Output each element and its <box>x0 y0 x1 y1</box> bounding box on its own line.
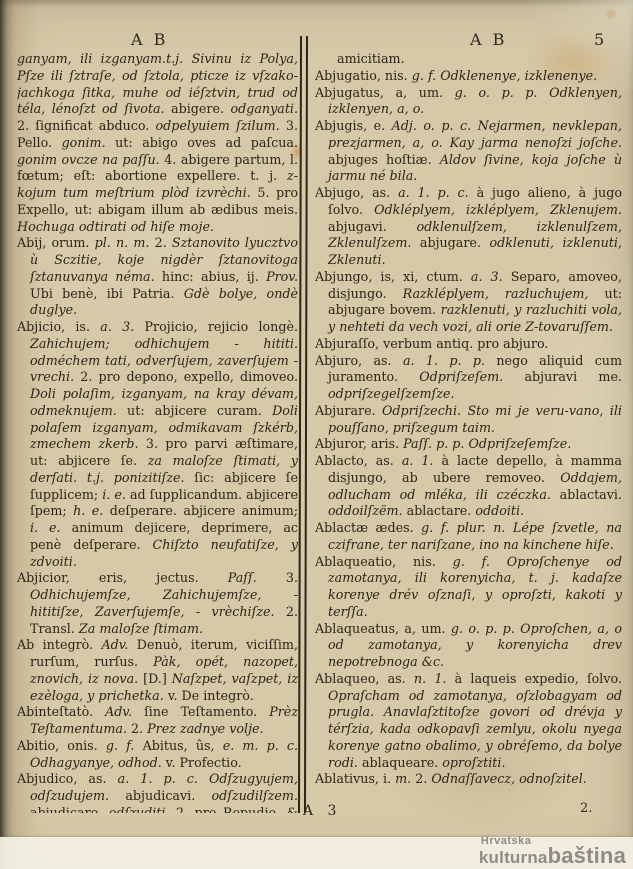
running-head-right: A B <box>470 30 507 49</box>
entry-text-roman: Abjicio, is. <box>17 319 100 334</box>
entry-text-italic: i. e. <box>30 520 72 535</box>
entry-text-italic: a. 1. p. c. <box>398 185 477 200</box>
text-column-right: amicitiam.Abjugatio, nis. g. f. Odklenen… <box>315 51 622 813</box>
dictionary-entry: Ab integrò. Adv. Denuò, iterum, viciſſim… <box>17 637 298 704</box>
entry-text-italic: Odpriſzeſem. <box>419 369 524 384</box>
watermark-text-large: kulturnabaština <box>479 845 626 867</box>
entry-text-italic: gonim ovcze na paſſu. <box>17 152 164 167</box>
watermark-text-bastina: baština <box>548 843 626 868</box>
entry-text-italic: Adv. <box>105 704 144 719</box>
entry-text-roman: abjudicavi. <box>125 788 211 803</box>
dictionary-entry: Abjungo, is, xi, ctum. a. 3. Separo, amo… <box>315 269 622 336</box>
entry-text-roman: Abjuro, as. <box>315 353 403 368</box>
entry-text-italic: Paſſ. p. p. Odpriſzeſemſze. <box>403 436 571 451</box>
watermark-text-kulturna: kulturna <box>479 848 548 867</box>
dictionary-entry: Abjudico, as. a. 1. p. c. Odſzugyujem, o… <box>17 771 298 813</box>
entry-text-roman: ut: abigo oves ad paſcua. <box>115 135 298 150</box>
entry-text-roman: 2. <box>415 771 431 786</box>
entry-text-italic: oddoiti. <box>475 503 524 518</box>
dictionary-entry: Abij, orum. pl. n. m. 2. Sztanovito lyuc… <box>17 235 298 319</box>
entry-text-italic: Odnaſſavecz, odnoſzitel. <box>431 771 586 786</box>
entry-text-italic: a. 1. p. p. <box>403 353 496 368</box>
entry-text-roman: Abjurare. <box>315 403 382 418</box>
entry-text-roman: Abjugatio, nis. <box>315 68 412 83</box>
watermark-logo: Hrvatska kulturnabaština <box>479 836 626 867</box>
entry-text-roman: v. Profectio. <box>166 755 242 770</box>
entry-text-roman: amicitiam. <box>337 51 405 66</box>
entry-text-italic: Razkléplyem, razluchujem, <box>403 286 605 301</box>
entry-text-roman: Abjicior, eris, jectus. <box>17 570 228 585</box>
entry-text-italic: a. 3. <box>471 269 511 284</box>
gutter-shadow <box>0 0 14 869</box>
entry-text-italic: oddoilſzëm. <box>328 503 407 518</box>
entry-text-italic: g. f. Odklenenye, izklenenye. <box>412 68 597 83</box>
dictionary-entry: ganyam, ili izganyam.t.j. Sivinu iz Poly… <box>17 51 298 235</box>
entry-text-italic: Hochuga odtirati od hiſe moje. <box>17 219 214 234</box>
dictionary-entry: Abjuro, as. a. 1. p. p. nego aliquid cum… <box>315 353 622 403</box>
entry-text-italic: m. <box>395 771 415 786</box>
entry-text-roman: abjugavi. <box>328 219 417 234</box>
entry-text-roman: Ablaqueo, as. <box>315 671 414 686</box>
dictionary-entry: Ablacto, as. a. 1. à lacte depello, à ma… <box>315 453 622 520</box>
entry-text-roman: 2. <box>155 235 172 250</box>
dictionary-entry: Ablaqueatus, a, um. g. o. p. p. Oproſche… <box>315 621 622 671</box>
entry-text-italic: g. f. <box>106 738 143 753</box>
entry-text-roman: 2. pro depono, expello, dimoveo. <box>80 369 298 384</box>
dictionary-entry: Ablactæ ædes. g. f. plur. n. Lépe ſzvetl… <box>315 520 622 554</box>
entry-text-roman: ablactare. <box>407 503 476 518</box>
column-divider-rule <box>298 36 308 813</box>
entry-text-italic: Adv. <box>101 637 136 652</box>
entry-text-roman: Abjugatus, a, um. <box>315 85 455 100</box>
entry-text-italic: h. e. <box>73 503 110 518</box>
entry-text-italic: gonim. <box>62 135 116 150</box>
entry-text-roman: abigere. <box>171 101 230 116</box>
book-page: A B A B 5 ganyam, ili izganyam.t.j. Sivi… <box>0 0 633 869</box>
entry-text-roman: Projicio, rejicio longè. <box>145 319 299 334</box>
entry-text-roman: Ab integrò. <box>17 637 101 652</box>
entry-text-roman: Abij, orum. <box>17 235 95 250</box>
page-number: 5 <box>594 30 604 49</box>
signature-mark: A 3 <box>303 803 341 819</box>
entry-text-italic: odſzudilſzem. <box>211 788 298 803</box>
entry-text-italic: odſzuditi. <box>109 805 176 813</box>
dictionary-entry: Ablativus, i. m. 2. Odnaſſavecz, odnoſzi… <box>315 771 622 788</box>
entry-text-roman: 2. ſignificat abduco. <box>17 118 155 133</box>
entry-text-italic: odpelyuiem ſzilum. <box>155 118 285 133</box>
entry-text-italic: a. 1. <box>402 453 442 468</box>
entry-text-italic: n. 1. <box>414 671 455 686</box>
dictionary-entry: Abjugatus, a, um. g. o. p. p. Odklenyen,… <box>315 85 622 119</box>
entry-text-roman: Abjungo, is, xi, ctum. <box>315 269 471 284</box>
entry-text-roman: Ablaqueatio, nis. <box>315 554 453 569</box>
dictionary-entry: Ablaqueatio, nis. g. f. Oproſchenye od z… <box>315 554 622 621</box>
dictionary-entry: amicitiam. <box>315 51 622 68</box>
sheet-number: 2. <box>580 801 592 816</box>
entry-text-italic: odpriſzegelſzemſze. <box>328 386 454 401</box>
entry-text-roman: ablaqueare. <box>362 755 442 770</box>
dictionary-entry: Abjuror, aris. Paſſ. p. p. Odpriſzeſemſz… <box>315 436 622 453</box>
watermark-band: Hrvatska kulturnabaština <box>0 837 633 869</box>
entry-text-roman: abjudicare. <box>30 805 109 813</box>
entry-text-italic: i. e. <box>102 487 130 502</box>
entry-text-roman: à laqueis expedio, ſolvo. <box>455 671 622 686</box>
entry-text-roman: 2. <box>131 721 147 736</box>
dictionary-entry: Abjugo, as. a. 1. p. c. à jugo alieno, à… <box>315 185 622 269</box>
entry-text-roman: Abjugo, as. <box>315 185 398 200</box>
entry-text-roman: abjuges hoſtiæ. <box>328 152 440 167</box>
entry-text-roman: Abjudico, as. <box>17 771 118 786</box>
running-head-left: A B <box>131 30 168 49</box>
entry-text-roman: ut: abjicere curam. <box>127 403 272 418</box>
entry-text-roman: deſperare. abjicere animum; <box>110 503 298 518</box>
entry-text-roman: Ablactæ ædes. <box>315 520 421 535</box>
entry-text-italic: a. 3. <box>100 319 144 334</box>
dictionary-entry: Abitio, onis. g. f. Abitus, ûs, e. m. p.… <box>17 738 298 772</box>
entry-text-italic: Prez zadnye volje. <box>147 721 263 736</box>
entry-text-roman: Abinteſtatò. <box>17 704 105 719</box>
dictionary-entry: Abjuraſſo, verbum antiq. pro abjuro. <box>315 336 622 353</box>
dictionary-entry: Abinteſtatò. Adv. ſine Teſtamento. Prèz … <box>17 704 298 738</box>
entry-text-italic: Prov. <box>266 269 298 284</box>
entry-text-roman: Abjugis, e. <box>315 118 392 133</box>
entry-text-roman: abjugare. <box>420 235 490 250</box>
dictionary-entry: Abjicio, is. a. 3. Projicio, rejicio lon… <box>17 319 298 570</box>
entry-text-roman: 3. <box>286 570 298 585</box>
entry-text-roman: ſine Teſtamento. <box>144 704 269 719</box>
entry-text-roman: Abitio, onis. <box>17 738 106 753</box>
entry-text-roman: Abjuraſſo, verbum antiq. pro abjuro. <box>315 336 548 351</box>
entry-text-roman: Abjuror, aris. <box>315 436 403 451</box>
dictionary-entry: Abjicior, eris, jectus. Paſſ. 3. Odhichu… <box>17 570 298 637</box>
text-column-left: ganyam, ili izganyam.t.j. Sivinu iz Poly… <box>17 51 298 813</box>
entry-text-italic: oproſztiti. <box>442 755 505 770</box>
entry-text-italic: odganyati. <box>230 101 298 116</box>
entry-text-roman: ablactavi. <box>560 487 622 502</box>
entry-text-roman: Ubi benè, ibi Patria. <box>30 286 184 301</box>
entry-text-italic: Za maloſze ſtimam. <box>79 621 203 636</box>
entry-text-roman: Abitus, ûs, <box>143 738 223 753</box>
entry-text-roman: v. De integrò. <box>168 688 254 703</box>
entry-text-roman: hinc: abius, ij. <box>162 269 266 284</box>
entry-text-roman: abjuravi me. <box>524 369 622 384</box>
entry-text-roman: Ablacto, as. <box>315 453 402 468</box>
dictionary-entry: Ablaqueo, as. n. 1. à laqueis expedio, ſ… <box>315 671 622 772</box>
dictionary-entry: Abjurare. Odpriſzechi. Sto mi je veru-va… <box>315 403 622 437</box>
entry-text-italic: Odkléplyem, izkléplyem, Zklenujem. <box>374 202 622 217</box>
entry-text-roman: Ablaqueatus, a, um. <box>315 621 451 636</box>
entry-text-italic: Odhichujemſze, Zahichujemſze, - hititiſz… <box>30 587 298 619</box>
entry-text-roman: Ablativus, i. <box>315 771 395 786</box>
dictionary-entry: Abjugis, e. Adj. o. p. c. Nejarmen, nevk… <box>315 118 622 185</box>
dictionary-entry: Abjugatio, nis. g. f. Odklenenye, izklen… <box>315 68 622 85</box>
entry-text-italic: Paſſ. <box>228 570 286 585</box>
entry-text-roman: [D.] <box>143 671 172 686</box>
entry-text-italic: pl. n. m. <box>95 235 155 250</box>
